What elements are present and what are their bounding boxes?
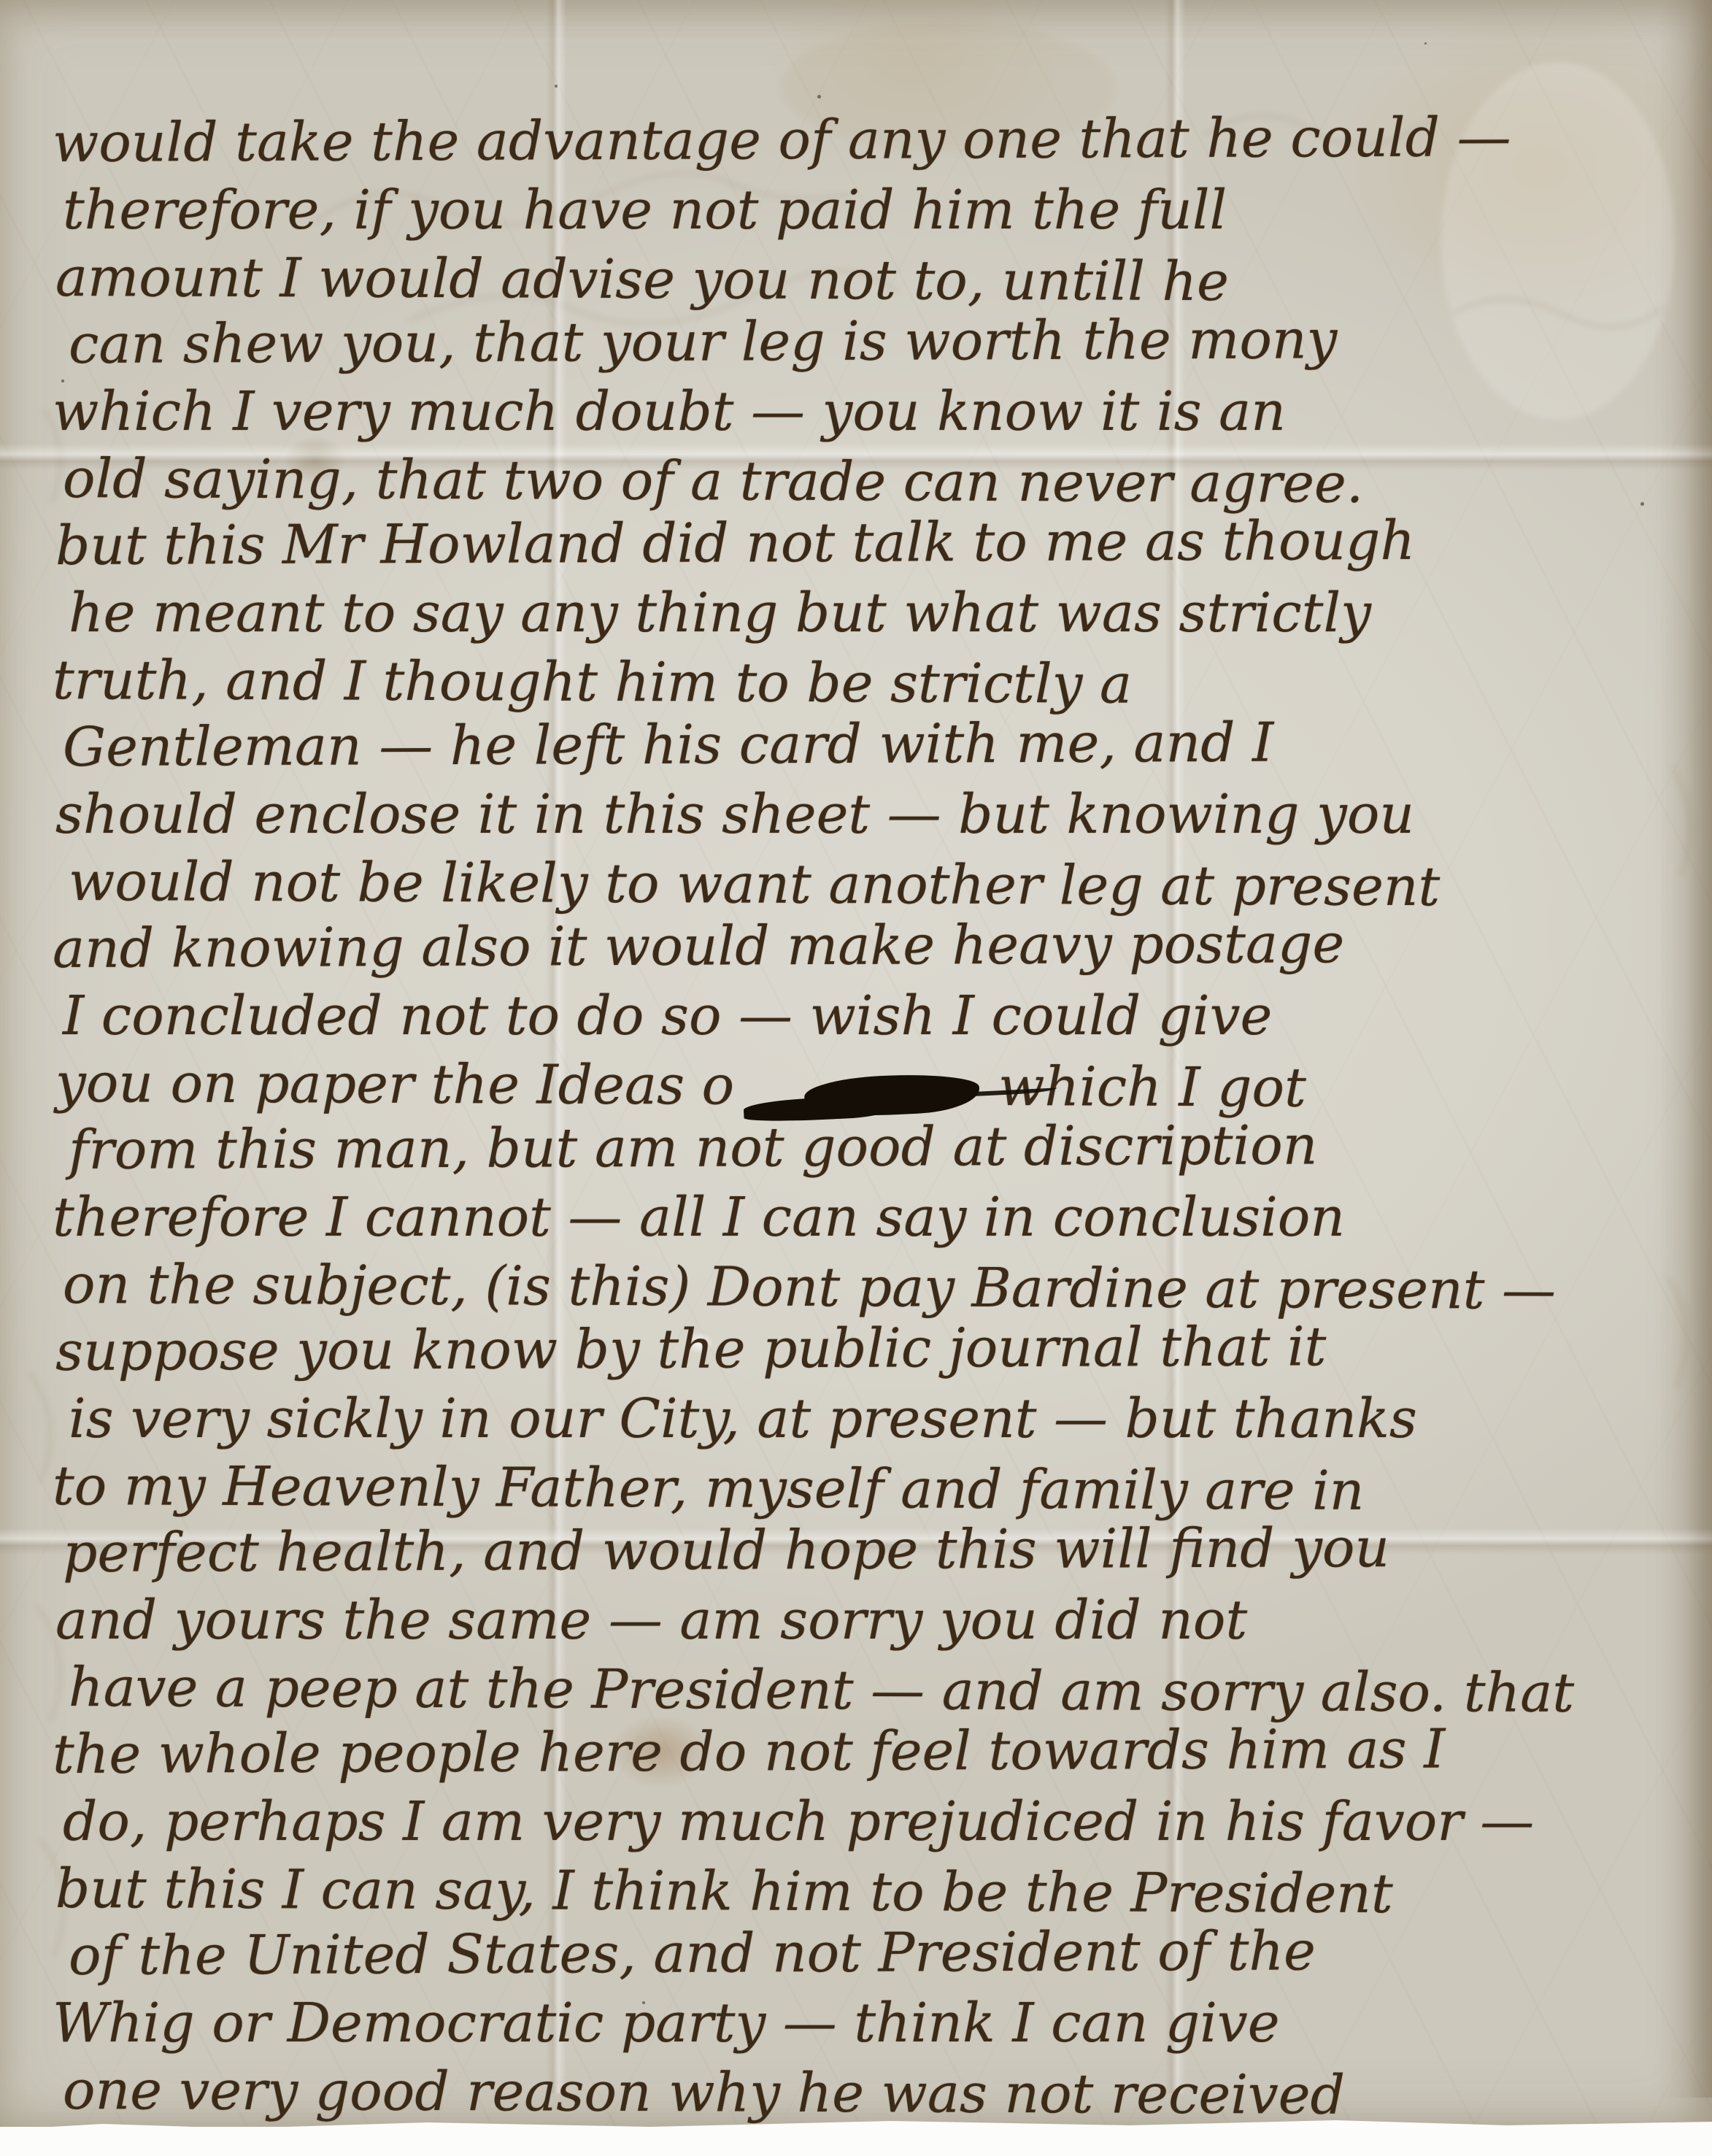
letter-line: the whole people here do not feel toward… xyxy=(53,1714,1676,1788)
letter-line-segment: you on paper the Ideas o xyxy=(55,1052,734,1117)
letter-line: therefore I cannot — all I can say in co… xyxy=(53,1184,1676,1251)
ink-speck xyxy=(817,95,821,99)
letter-line: from this man, but am not good at discri… xyxy=(69,1111,1676,1184)
letter-line: I concluded not to do so — wish I could … xyxy=(63,982,1676,1050)
letter-line: would take the advantage of any one that… xyxy=(53,103,1676,177)
letter-line: one very good reason why he was not rece… xyxy=(63,2057,1676,2130)
letter-line: is very sickly in our City, at present —… xyxy=(69,1385,1676,1452)
letter-line: perfect health, and would hope this will… xyxy=(63,1514,1676,1587)
letter-body: would take the advantage of any one that… xyxy=(0,109,1712,2124)
letter-line: but this Mr Howland did not talk to me a… xyxy=(55,506,1676,580)
ink-speck xyxy=(1424,42,1427,45)
letter-line: can shew you, that your leg is worth the… xyxy=(69,305,1676,378)
letter-line: and knowing also it would make heavy pos… xyxy=(53,909,1676,982)
letter-line: he meant to say any thing but what was s… xyxy=(69,580,1676,647)
letter-line: and yours the same — am sorry you did no… xyxy=(55,1587,1676,1654)
letter-line-segment: which I got xyxy=(998,1055,1306,1120)
ink-blot xyxy=(803,1071,980,1119)
letter-line: of the United States, and not President … xyxy=(69,1917,1676,1990)
letter-line: Whig or Democratic party — think I can g… xyxy=(53,1990,1676,2057)
letter-line: do, perhaps I am very much prejudiced in… xyxy=(63,1788,1676,1855)
letter-line: suppose you know by the public journal t… xyxy=(55,1312,1676,1385)
letter-line: should enclose it in this sheet — but kn… xyxy=(55,781,1676,848)
letter-line: Gentleman — he left his card with me, an… xyxy=(63,708,1676,781)
letter-paper: would take the advantage of any one that… xyxy=(0,0,1712,2127)
ink-speck xyxy=(555,85,558,88)
letter-line: which I very much doubt — you know it is… xyxy=(53,378,1676,445)
letter-line: therefore, if you have not paid him the … xyxy=(63,177,1676,244)
scanned-letter-page: would take the advantage of any one that… xyxy=(0,0,1712,2156)
